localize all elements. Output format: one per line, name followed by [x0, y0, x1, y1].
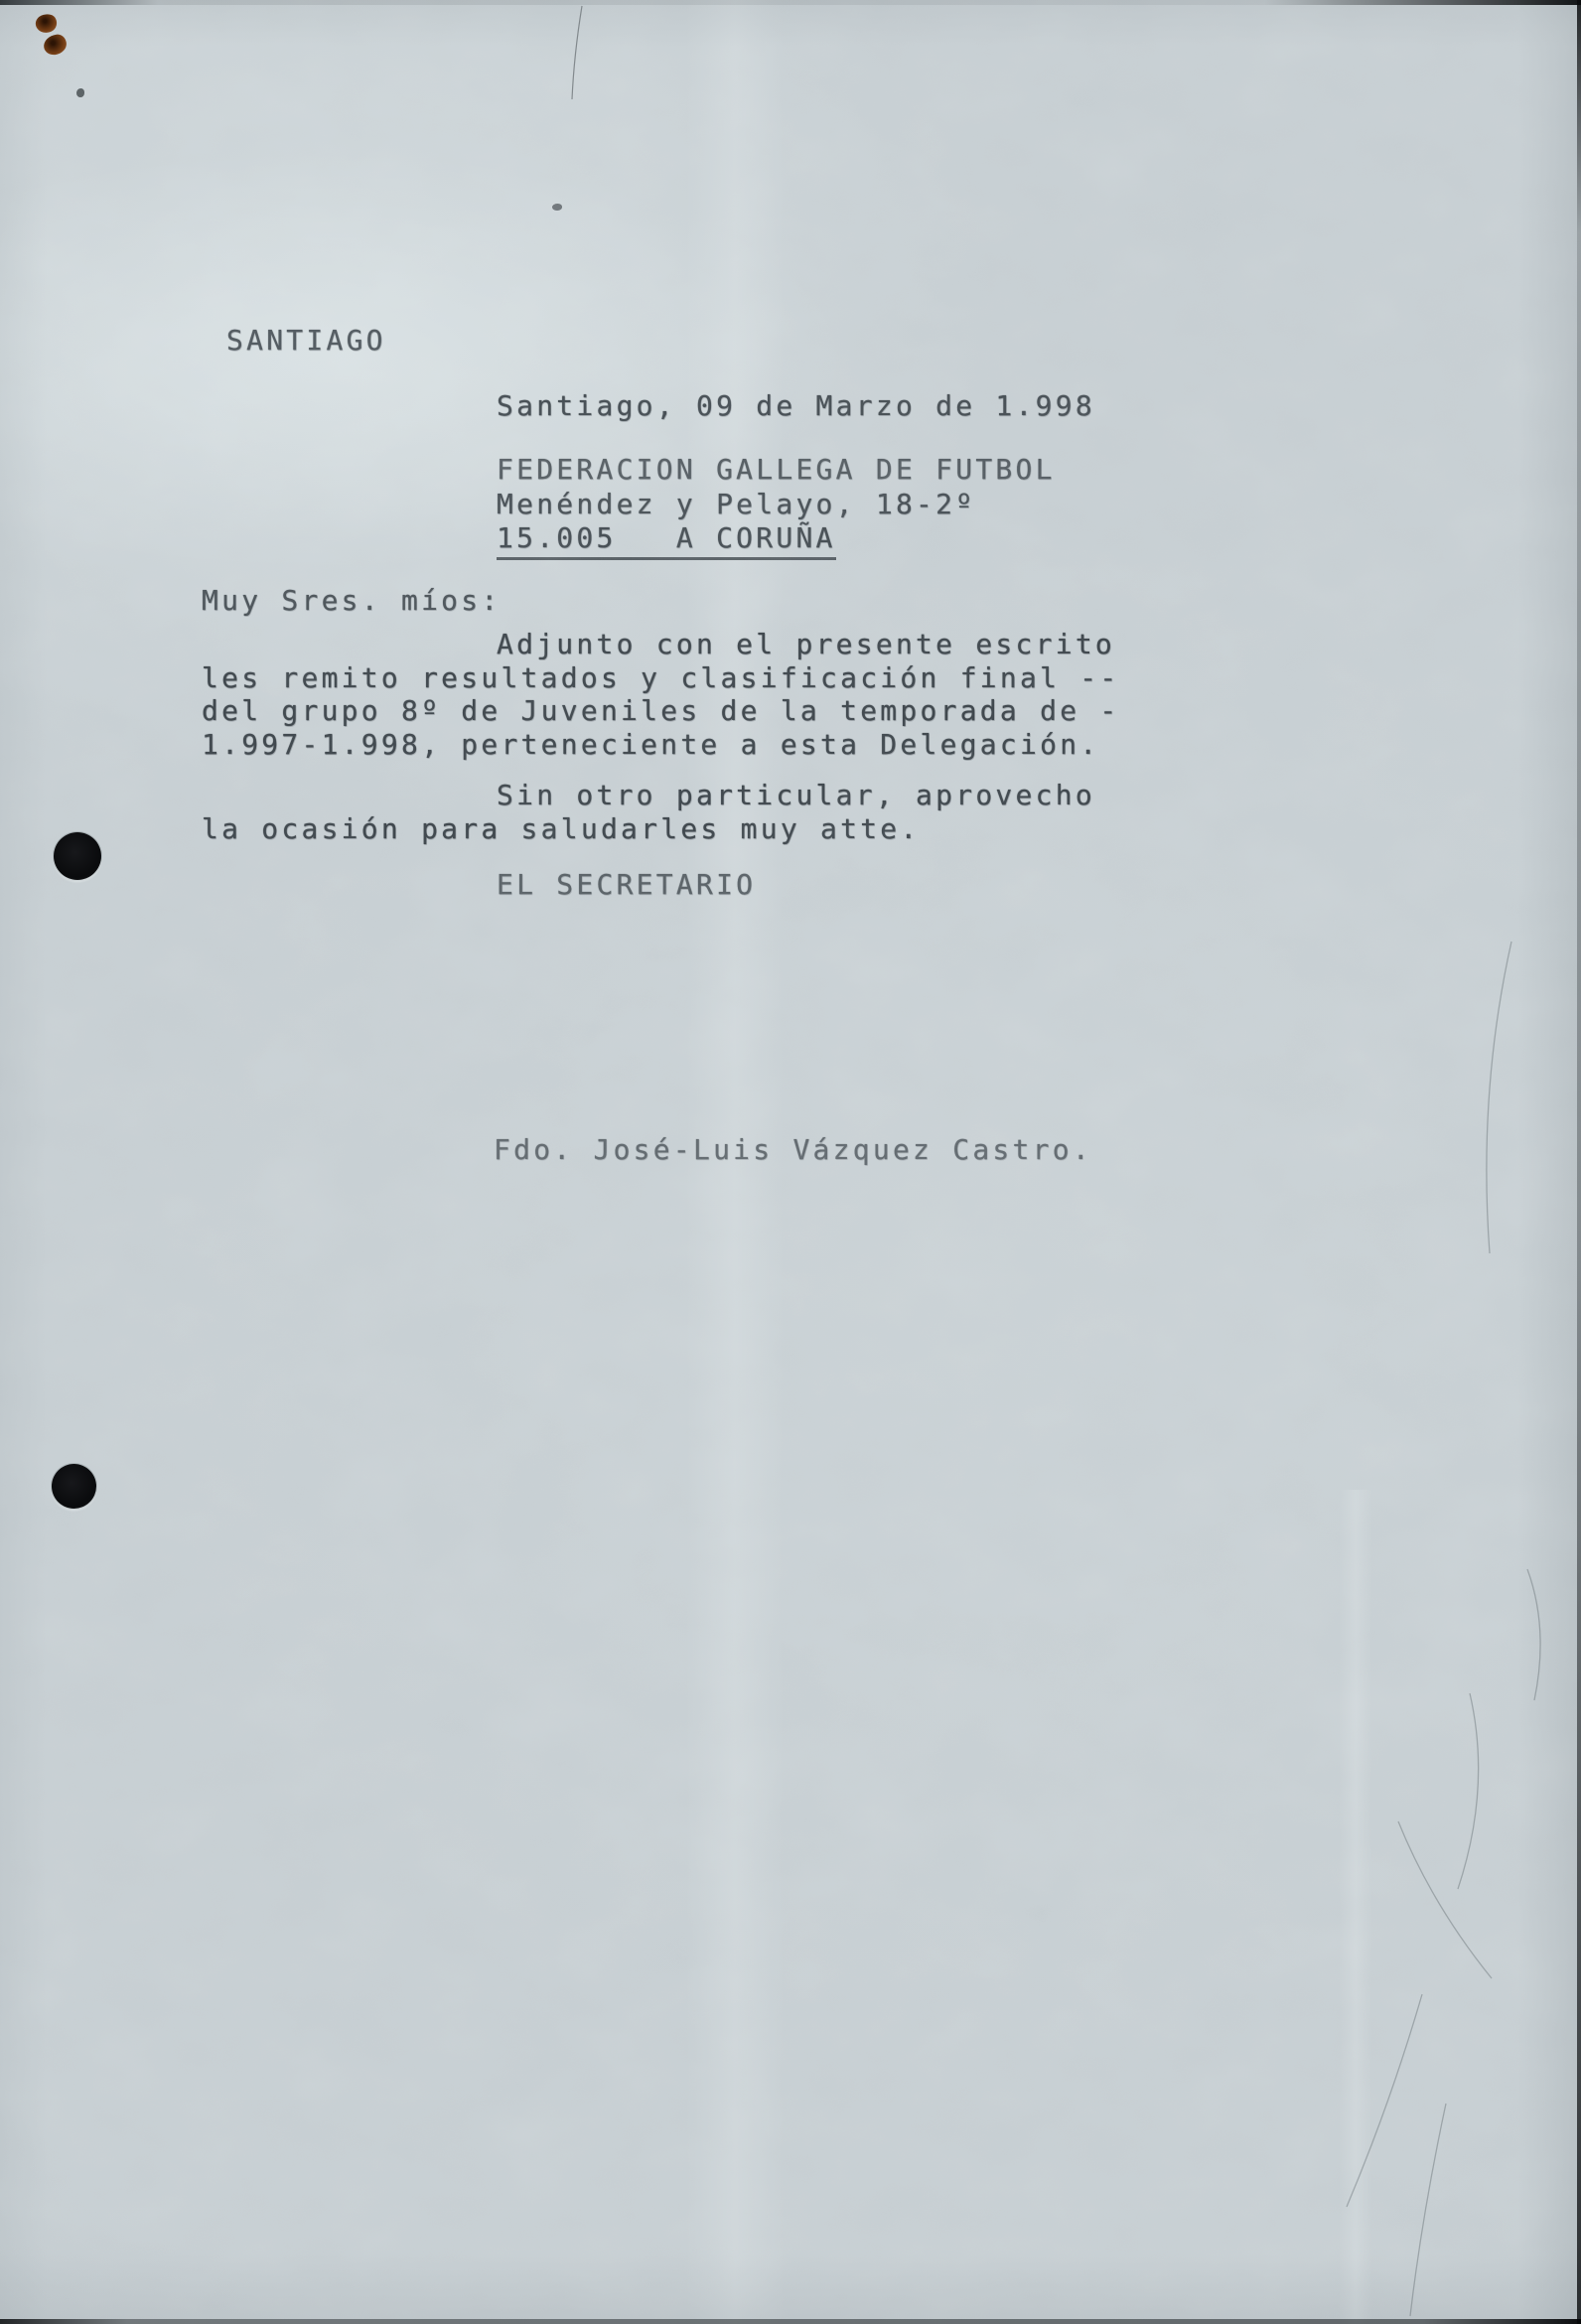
body-line: 1.997-1.998, perteneciente a esta Delega… — [202, 728, 1119, 762]
signer-title: EL SECRETARIO — [497, 868, 756, 902]
body-line: les remito resultados y clasificación fi… — [202, 661, 1119, 695]
body-line: Sin otro particular, aprovecho — [202, 779, 1095, 812]
recipient-street: Menéndez y Pelayo, 18-2º — [497, 488, 1056, 522]
recipient-address: FEDERACION GALLEGA DE FUTBOL Menéndez y … — [497, 453, 1056, 560]
body-line: del grupo 8º de Juveniles de la temporad… — [202, 694, 1119, 728]
rust-stain — [34, 12, 59, 36]
letterhead-location: SANTIAGO — [226, 324, 386, 358]
scan-edge-top — [0, 0, 1581, 5]
rust-stain — [43, 33, 69, 56]
body-line: la ocasión para saludarles muy atte. — [202, 812, 1095, 846]
scanner-streak — [1339, 1490, 1372, 2324]
scan-edge-bottom — [0, 2319, 1581, 2324]
dateline: Santiago, 09 de Marzo de 1.998 — [497, 389, 1095, 423]
hole-punch — [52, 1464, 96, 1509]
recipient-city-line: 15.005 A CORUÑA — [497, 521, 836, 560]
ink-speck — [76, 88, 84, 97]
signature-line: Fdo. José-Luis Vázquez Castro. — [494, 1133, 1092, 1167]
hair-scratch — [572, 6, 582, 99]
scan-edge-right — [1577, 0, 1581, 2324]
body-paragraph-2: Sin otro particular, aprovecho la ocasió… — [202, 779, 1095, 845]
ink-speck — [552, 204, 562, 211]
body-paragraph-1: Adjunto con el presente escrito les remi… — [202, 628, 1119, 761]
scanned-letter-page: SANTIAGO Santiago, 09 de Marzo de 1.998 … — [0, 0, 1581, 2324]
salutation: Muy Sres. míos: — [202, 584, 501, 618]
body-line: Adjunto con el presente escrito — [202, 628, 1119, 661]
hole-punch — [54, 832, 101, 880]
recipient-organization: FEDERACION GALLEGA DE FUTBOL — [497, 453, 1056, 488]
